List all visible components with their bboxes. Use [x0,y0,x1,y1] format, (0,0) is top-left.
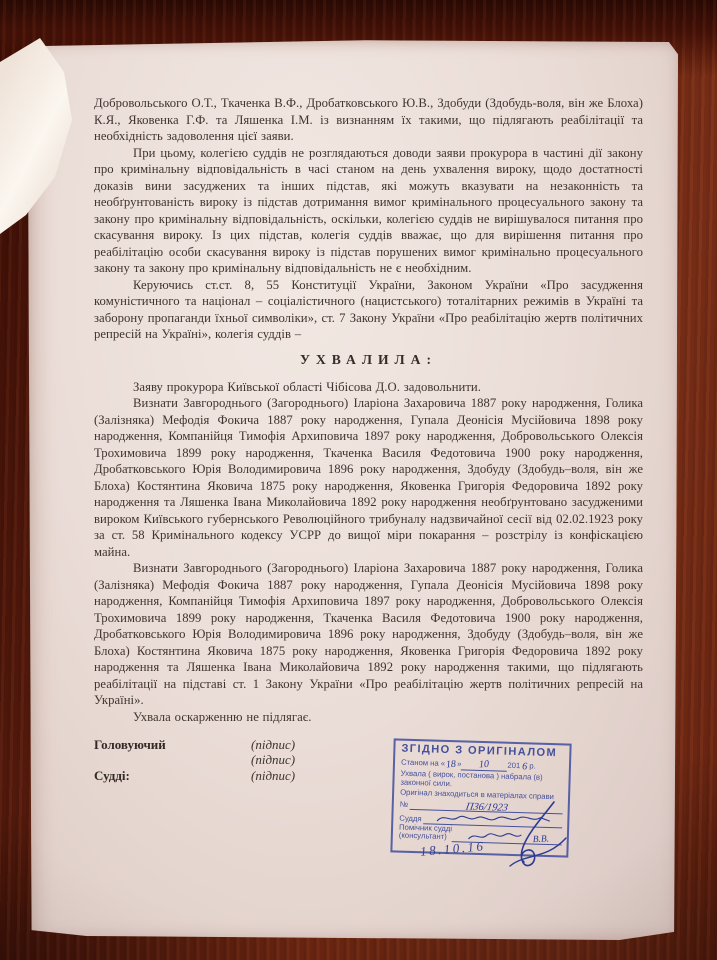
paragraph-legal-basis: Керуючись ст.ст. 8, 55 Конституції Украї… [94,277,643,343]
paragraph-court-reasoning: При цьому, колегією суддів не розглядают… [94,145,643,277]
stamp-assistant-label: Помічник судді (консультант) [399,824,452,842]
signature-placeholder: (підпис) [251,768,295,783]
stamp-year-printed: 201 [507,760,520,772]
paragraph-no-appeal: Ухвала оскарженню не підлягає. [94,709,643,726]
handwritten-signature-flourish [506,797,570,873]
paragraph-grant-application: Заяву прокурора Київської області Чібісо… [94,379,643,396]
presiding-judge-label: Головуючий [94,737,251,752]
resolution-heading: УХВАЛИЛА: [94,352,643,368]
signature-placeholder: (підпис) [251,737,295,752]
paragraph-recognized-rehabilitated: Визнати Завгороднього (Загороднього) Іла… [94,560,643,709]
document-text-block: Добровольського О.Т., Ткаченка В.Ф., Дро… [94,95,643,783]
signature-placeholder: (підпис) [251,752,295,767]
judges-label: Судді: [94,768,251,783]
handwritten-year-digit: 6 [522,761,527,773]
assistant-label-line2: (консультант) [399,831,447,841]
paragraph-recognized-unfounded-conviction: Визнати Завгороднього (Загороднього) Іла… [94,395,643,560]
handwritten-day: 18 [446,759,457,771]
document-page: Добровольського О.Т., Ткаченка В.Ф., Дро… [28,38,678,940]
stamp-number-label: № [400,798,409,810]
stamp-year-suffix: р. [529,760,536,772]
month-blank: 10 [461,757,507,771]
handwritten-month: 10 [479,759,490,771]
paragraph-names-continuation: Добровольського О.Т., Ткаченка В.Ф., Дро… [94,95,643,145]
court-ruling-photo: Добровольського О.Т., Ткаченка В.Ф., Дро… [0,0,717,960]
empty-label [94,752,251,767]
